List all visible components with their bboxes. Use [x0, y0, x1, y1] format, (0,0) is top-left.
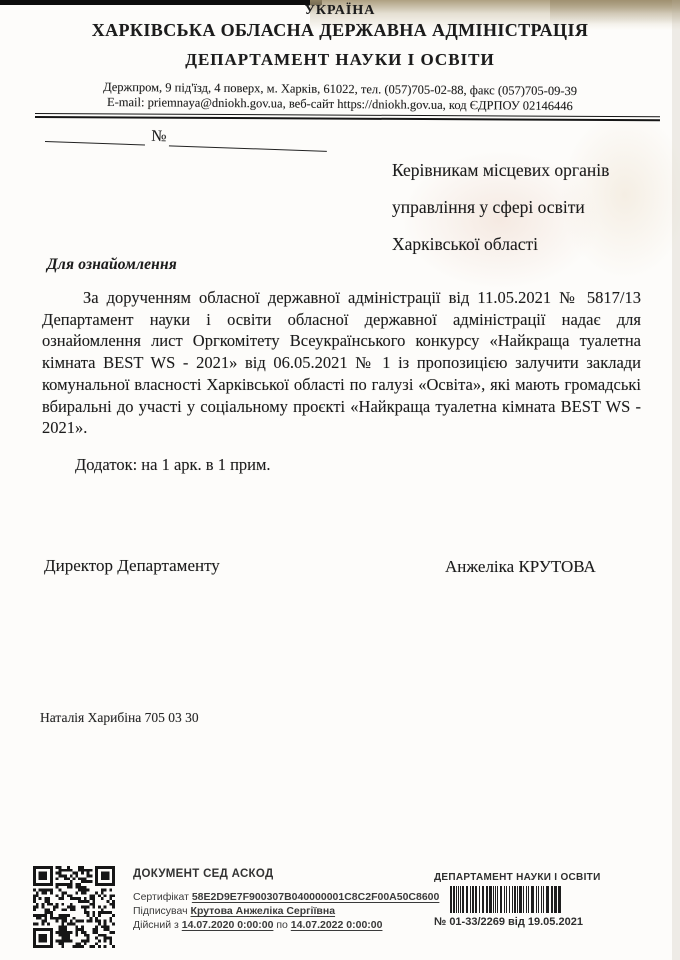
sed-stamp-title: ДОКУМЕНТ СЕД АСКОД [133, 868, 439, 880]
valid-from-value: 14.07.2020 0:00:00 [182, 919, 274, 931]
body-paragraph: За дорученням обласної державної адмініс… [42, 287, 641, 439]
date-blank-line [45, 126, 145, 145]
valid-from-label: Дійсний з [133, 919, 179, 931]
subject-note: Для ознайомлення [47, 256, 177, 274]
recipient-block: Керівникам місцевих органів управління у… [392, 152, 609, 263]
barcode [450, 886, 562, 913]
attachment-line: Додаток: на 1 арк. в 1 прим. [75, 455, 271, 475]
letterhead-country: УКРАЇНА [0, 3, 680, 19]
certificate-value: 58E2D9E7F900307B040000001C8C2F00A50C8600 [192, 891, 440, 903]
registration-stamp: ДЕПАРТАМЕНТ НАУКИ І ОСВІТИ № 01-33/2269 … [434, 872, 601, 928]
signer-label: Підписувач [133, 905, 188, 917]
number-blank-line [169, 130, 327, 152]
letterhead-organization: ХАРКІВСЬКА ОБЛАСНА ДЕРЖАВНА АДМІНІСТРАЦІ… [0, 20, 680, 41]
signature-position-title: Директор Департаменту [44, 556, 220, 576]
certificate-label: Сертифікат [133, 891, 189, 903]
recipient-line: управління у сфері освіти [392, 189, 609, 226]
recipient-line: Керівникам місцевих органів [392, 152, 609, 189]
valid-to-value: 14.07.2022 0:00:00 [291, 919, 383, 931]
signer-value: Крутова Анжеліка Сергіївна [191, 905, 336, 917]
signature-name: Анжеліка КРУТОВА [445, 557, 596, 577]
validity-row: Дійсний з 14.07.2020 0:00:00 по 14.07.20… [133, 918, 439, 932]
letterhead-contacts: Держпром, 9 під'їзд, 4 поверх, м. Харків… [0, 79, 680, 115]
qr-code [33, 866, 115, 948]
signer-row: Підписувач Крутова Анжеліка Сергіївна [133, 904, 439, 918]
reference-number-line: № [45, 124, 328, 152]
registration-department: ДЕПАРТАМЕНТ НАУКИ І ОСВІТИ [434, 872, 601, 883]
letterhead-department: ДЕПАРТАМЕНТ НАУКИ І ОСВІТИ [0, 50, 680, 70]
recipient-line: Харківської області [392, 226, 609, 263]
scanned-letter-page: УКРАЇНА ХАРКІВСЬКА ОБЛАСНА ДЕРЖАВНА АДМІ… [0, 0, 680, 960]
footer-stamps: ДОКУМЕНТ СЕД АСКОД Сертифікат 58E2D9E7F9… [0, 860, 680, 960]
sed-askod-stamp: ДОКУМЕНТ СЕД АСКОД Сертифікат 58E2D9E7F9… [133, 868, 439, 932]
scan-edge-shadow [672, 0, 680, 960]
executor-contact-line: Наталія Харибіна 705 03 30 [40, 710, 199, 726]
certificate-row: Сертифікат 58E2D9E7F900307B040000001C8C2… [133, 890, 439, 904]
registration-number: № 01-33/2269 від 19.05.2021 [434, 916, 601, 928]
number-sign: № [151, 128, 167, 146]
valid-between-label: по [276, 919, 288, 931]
